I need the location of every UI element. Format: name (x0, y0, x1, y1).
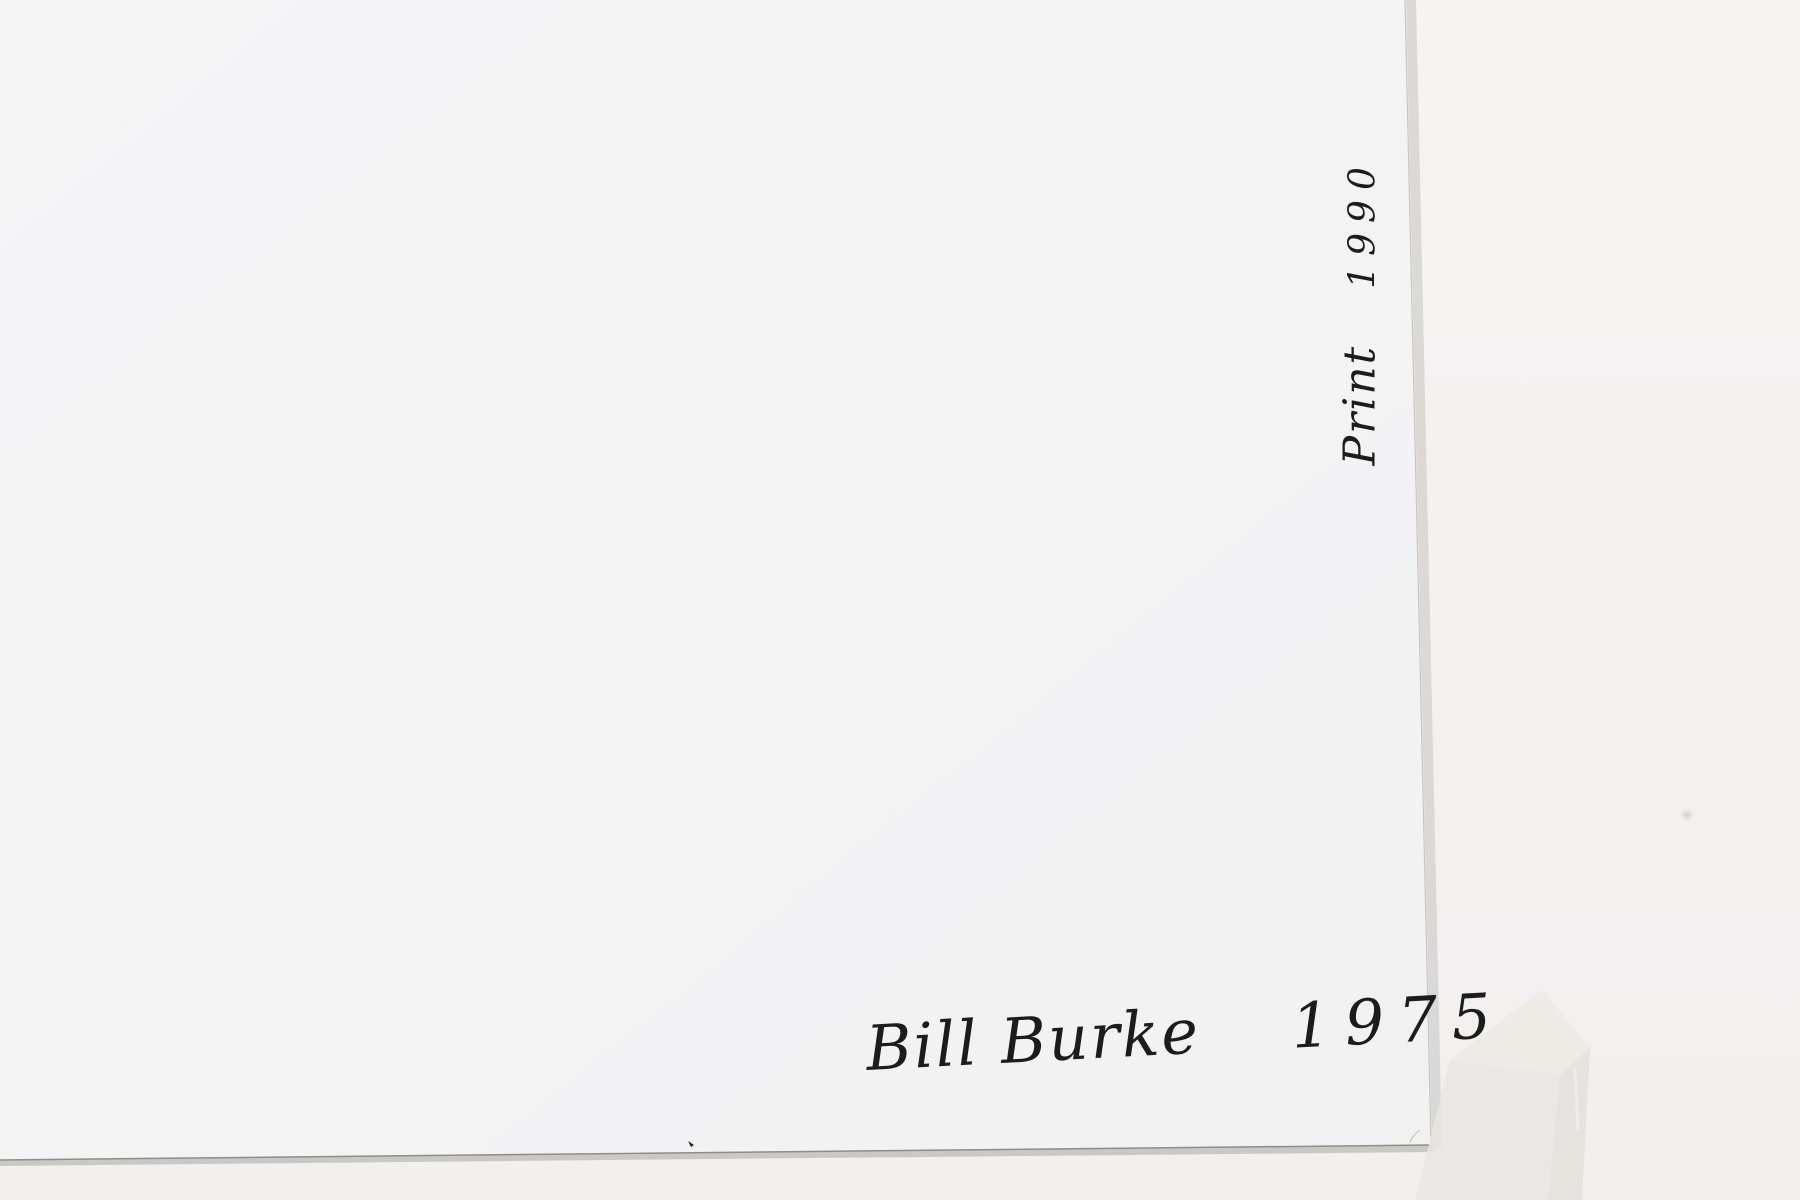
print-date-note: Print 1990 (1335, 166, 1386, 466)
print-note-word: Print (1335, 345, 1386, 466)
print-note-year: 1990 (1343, 157, 1384, 289)
dust-speck (1680, 808, 1694, 822)
signature-year: 1975 (1289, 979, 1506, 1063)
